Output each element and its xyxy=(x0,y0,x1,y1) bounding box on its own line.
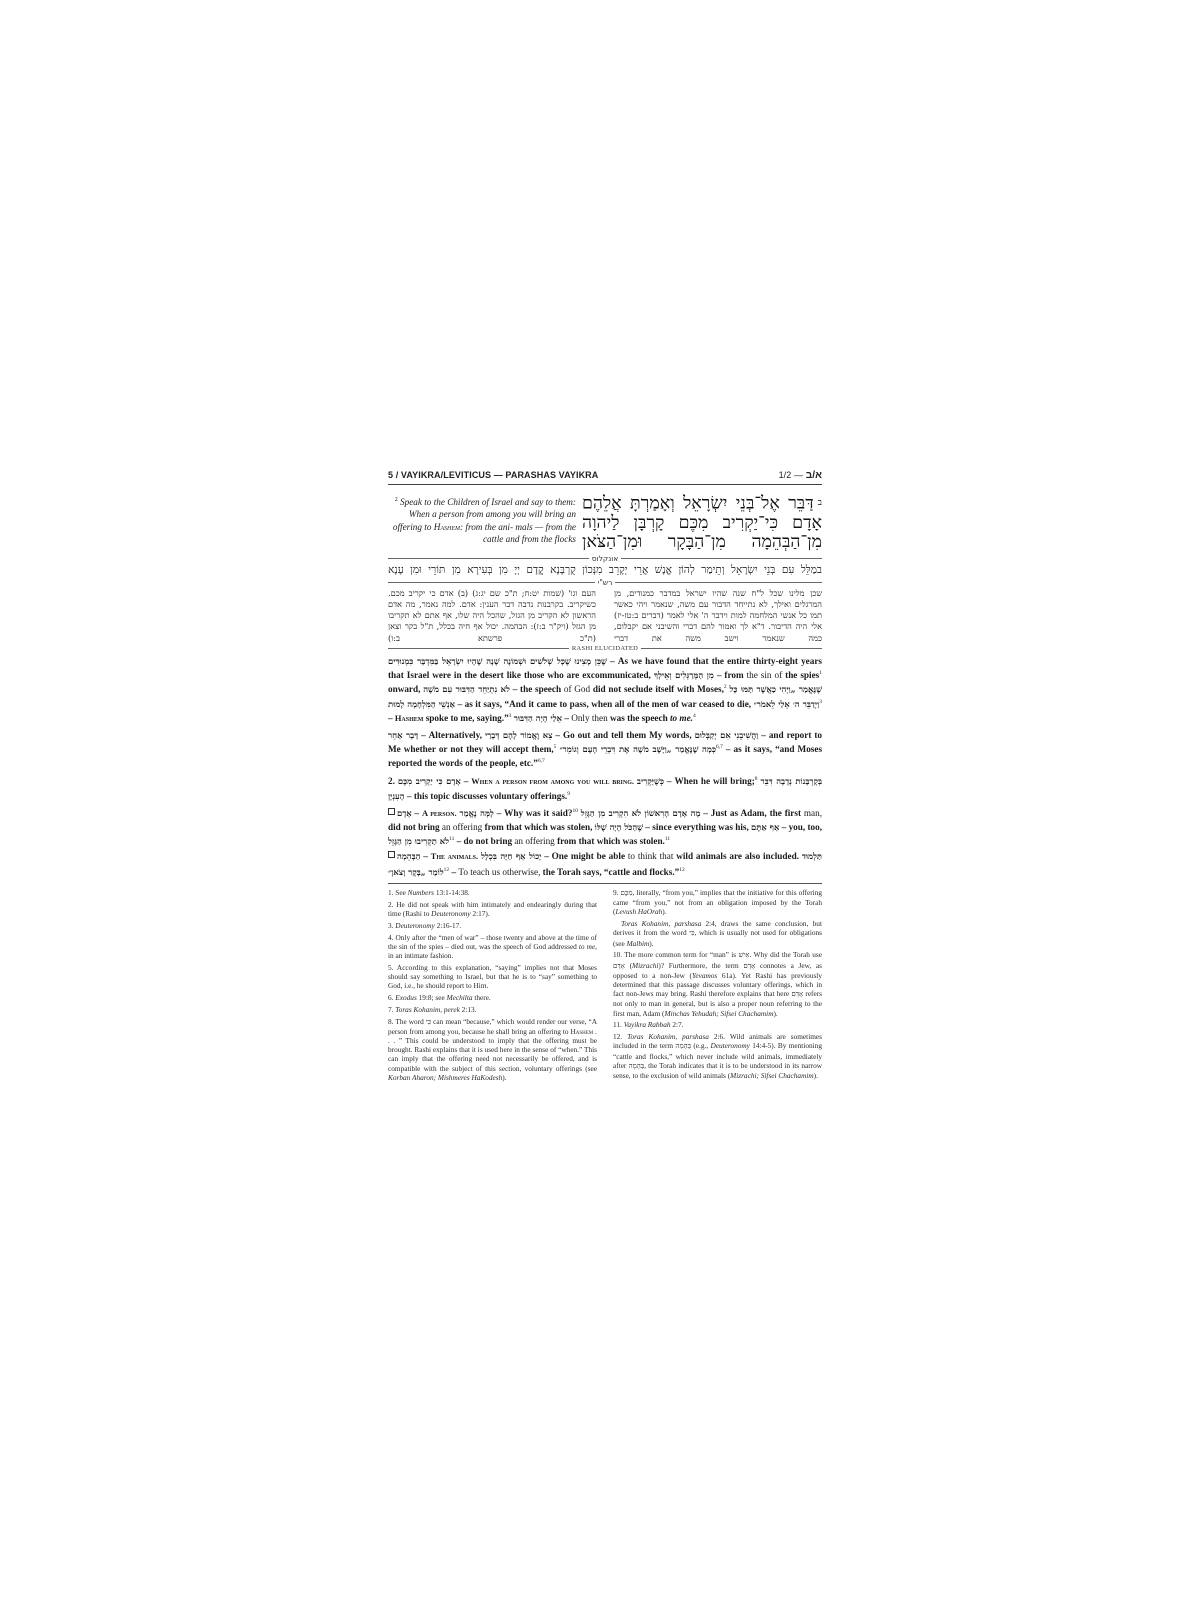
plain-text: ). xyxy=(773,1009,777,1018)
translation-divine-name: Hashem xyxy=(434,522,460,532)
bold-text: – since everything was his, xyxy=(643,822,751,832)
box-marker-icon xyxy=(388,808,395,815)
footnotes-left-column: 1. See Numbers 13:1-14:38.2. He did not … xyxy=(388,888,597,1085)
plain-text: ). xyxy=(814,1071,818,1080)
plain-text: to think that xyxy=(628,851,676,861)
italic-text: Yevamos xyxy=(692,971,717,980)
plain-text: 5. According to this explanation, “sayin… xyxy=(388,963,597,990)
plain-text: the sin of xyxy=(747,670,786,680)
plain-text: 4. Only after the “men of war” – those t… xyxy=(388,933,597,951)
plain-text: 2:17). xyxy=(471,909,490,918)
running-head-chapter-verse: 1/2 — א/ב xyxy=(779,470,822,481)
bold-text: – you, too, xyxy=(779,822,822,832)
book-page: 5 / VAYIKRA/LEVITICUS — PARASHAS VAYIKRA… xyxy=(388,470,822,1085)
footnote: 5. According to this explanation, “sayin… xyxy=(388,963,597,991)
verse-translation: 2 Speak to the Children of Israel and sa… xyxy=(388,494,576,553)
hebrew-phrase: לֹא תַקְרִיבוּ מִן הַגָּזֵל xyxy=(388,836,449,846)
footnotes-right-column: 9. מִכֶּם, literally, “from you,” implie… xyxy=(613,888,822,1085)
hebrew-phrase: לָמָּה נֶאֱמַר xyxy=(459,808,493,818)
footnote: 10. The more common term for “man” is אִ… xyxy=(613,950,822,1017)
bold-text: – xyxy=(449,867,458,877)
footnote: 9. מִכֶּם, literally, “from you,” implie… xyxy=(613,888,822,917)
italic-text: Toras Kohanim, perek xyxy=(395,1005,460,1014)
bold-text: did not bring xyxy=(388,822,442,832)
rashi-column-right: שכן מלינו שכל ל"ח שנה שהיו ישראל במדבר כ… xyxy=(614,588,822,644)
plain-text: 1. See xyxy=(388,888,408,897)
footnote-ref[interactable]: 1 xyxy=(819,670,822,676)
hebrew-phrase: מִן הַמְּרַגְּלִים וְאֵילָךְ xyxy=(654,670,714,680)
italic-text: Deuteronomy xyxy=(431,909,470,918)
onkelos-text: במַלֵּל עִם בְּנֵי יִשְׂרָאֵל וְתֵימַר ל… xyxy=(388,564,822,577)
rashi-divider: רש"י xyxy=(388,578,822,587)
bold-text: – Go out and tell them My words, xyxy=(552,730,694,740)
plain-text: 13:1-14:38. xyxy=(434,888,470,897)
bold-text: 2. xyxy=(388,776,398,786)
bold-text: – the speech xyxy=(510,684,564,694)
italic-text: Deuteronomy xyxy=(395,921,434,930)
plain-text: 11. xyxy=(613,1020,624,1029)
hebrew-verse-number: ב xyxy=(818,498,822,508)
hebrew-phrase: שֶׁהַכֹּל הָיָה שֶׁלּוֹ xyxy=(595,822,643,832)
chapter-verse-number: 1/2 — xyxy=(779,470,806,480)
hebrew-phrase: דָּבָר אַחֵר xyxy=(388,730,418,740)
elucidated-paragraph: שֶׁכֵּן מָצִינוּ שֶׁכָּל שְׁלֹשִׁים וּשְ… xyxy=(388,655,822,726)
elucidated-divider: RASHI ELUCIDATED xyxy=(388,645,822,652)
plain-text: )? Furthermore, the term xyxy=(658,961,743,970)
footnote: 1. See Numbers 13:1-14:38. xyxy=(388,888,597,897)
rashi-hebrew-commentary: שכן מלינו שכל ל"ח שנה שהיו ישראל במדבר כ… xyxy=(388,588,822,644)
elucidated-paragraph: 2. אָדָם כִּי יַקְרִיב מִכֶּם – When a p… xyxy=(388,773,822,803)
translation-line: : from the ani- xyxy=(460,522,513,532)
plain-text: (e.g., xyxy=(691,1041,710,1050)
bold-text: – Just as Adam, the first xyxy=(700,808,803,818)
hebrew-verse: בדַּבֵּר אֶל־בְּנֵי יִשְׂרָאֵל וְאָמַרְת… xyxy=(582,494,822,553)
hebrew-phrase: אָדָם כִּי יַקְרִיב מִכֶּם xyxy=(398,776,461,786)
hebrew-phrase: לֹא נִתְיַחֵד הַדִּבּוּר עִם מֹשֶׁה xyxy=(423,684,510,694)
hebrew-phrase: יָכוֹל אַף חַיָּה בִּכְלָל xyxy=(481,851,541,861)
chapter-verse-hebrew: א/ב xyxy=(806,470,822,481)
hebrew-verse-line: אָדָם כִּי־יַקְרִיב מִכֶּם קָרְבָּן לַיה… xyxy=(582,514,822,534)
hebrew-phrase: כְּשֶׁיַּקְרִיב xyxy=(637,776,664,786)
plain-text: an offering xyxy=(442,822,485,832)
hebrew-phrase: וַיְדַבֵּר ה׳ אֵלַי לֵאמֹר״ xyxy=(754,699,820,709)
bold-text: did not seclude itself with Moses, xyxy=(593,684,724,694)
box-marker-icon xyxy=(388,851,395,858)
footnote-ref[interactable]: 4 xyxy=(693,713,696,719)
running-head-title: 5 / VAYIKRA/LEVITICUS — PARASHAS VAYIKRA xyxy=(388,470,598,480)
plain-text: 10. The more common term for “man” is xyxy=(613,950,738,959)
footnotes-rule xyxy=(388,883,822,884)
footnote-ref[interactable]: 9 xyxy=(567,791,570,797)
italic-text: Korban Aharon; Mishmeres HaKodesh xyxy=(388,1073,502,1082)
rashi-elucidated: שֶׁכֵּן מָצִינוּ שֶׁכָּל שְׁלֹשִׁים וּשְ… xyxy=(388,655,822,878)
small-caps-text: The animals. xyxy=(431,852,478,861)
footnote: 7. Toras Kohanim, perek 2:13. xyxy=(388,1005,597,1014)
bold-text: – Alternatively, xyxy=(418,730,485,740)
hebrew-phrase: בְּהֵמָה xyxy=(629,1062,645,1070)
small-caps-text: Hashem xyxy=(570,1027,593,1036)
rashi-label: רש"י xyxy=(595,578,616,587)
plain-text: ). xyxy=(662,907,666,916)
plain-text: there. xyxy=(473,993,491,1002)
bold-text: was the speech xyxy=(610,713,670,723)
hebrew-phrase: כְּמָה שֶׁנֶּאֱמַר „וַיָּשֶׁב מֹשֶׁה אֶת… xyxy=(559,744,715,754)
bold-text: onward, xyxy=(388,684,423,694)
italic-text: Mizrachi xyxy=(632,961,658,970)
footnote: 12. Toras Kohanim, parshasa 2:6. Wild an… xyxy=(613,1032,822,1080)
footnote: 2. He did not speak with him intimately … xyxy=(388,900,597,918)
plain-text: 12. xyxy=(613,1032,627,1041)
bold-text: spoke to me, saying.” xyxy=(423,713,508,723)
italic-text: Malbim xyxy=(627,939,650,948)
italic-text: Vayikra Rabbah xyxy=(624,1020,671,1029)
plain-text: 19:8; see xyxy=(417,993,447,1002)
bold-text: – as it says, “And it came to pass, when… xyxy=(455,699,754,709)
hebrew-phrase: אַף אַתֶּם xyxy=(751,822,779,832)
plain-text: 2. He did not speak with him intimately … xyxy=(388,900,597,918)
plain-text: 2:7. xyxy=(671,1020,684,1029)
italic-text: to me. xyxy=(670,713,693,723)
italic-text: Minchas Yehudah; Sifsei Chachamim xyxy=(664,1009,773,1018)
hebrew-phrase: מִכֶּם xyxy=(621,889,633,897)
italic-text: to me xyxy=(579,942,595,951)
bold-text: – xyxy=(388,713,395,723)
bold-text: – When he will bring; xyxy=(664,776,755,786)
running-head: 5 / VAYIKRA/LEVITICUS — PARASHAS VAYIKRA… xyxy=(388,470,822,485)
bold-text: from that which was stolen. xyxy=(557,836,665,846)
hebrew-phrase: אָדָם xyxy=(397,808,412,818)
hebrew-phrase: אָדָם xyxy=(743,962,755,970)
elucidated-paragraph: אָדָם – A person. לָמָּה נֶאֱמַר – Why w… xyxy=(388,805,822,847)
hebrew-verse-text: דַּבֵּר אֶל־בְּנֵי יִשְׂרָאֵל וְאָמַרְתָ… xyxy=(582,493,814,513)
elucidated-label: RASHI ELUCIDATED xyxy=(569,645,641,652)
bold-text: wild animals are also included. xyxy=(676,851,802,861)
footnote-ref[interactable]: 3 xyxy=(819,699,822,705)
footnote-ref[interactable]: 12 xyxy=(679,867,685,873)
bold-text: – One might be able xyxy=(541,851,628,861)
hebrew-phrase: אֵלַי הָיָה הַדִּבּוּר xyxy=(514,713,562,723)
footnote: 11. Vayikra Rabbah 2:7. xyxy=(613,1020,822,1029)
bold-text: – do not bring xyxy=(454,836,514,846)
italic-text: Toras Kohanim, parshasa xyxy=(627,1032,709,1041)
rashi-column-left: העם וגו' (שמות יט:ח; ת"כ שם יג:ג) (ב) אד… xyxy=(388,588,596,644)
footnote: 4. Only after the “men of war” – those t… xyxy=(388,933,597,961)
hebrew-phrase: מָה אָדָם הָרִאשׁוֹן לֹא הִקְרִיב מִן הַ… xyxy=(581,808,701,818)
bold-text: – xyxy=(461,776,472,786)
plain-text: of God xyxy=(564,684,593,694)
italic-text: Mizrachi; Sifsei Chachamim xyxy=(730,1071,814,1080)
footnotes: 1. See Numbers 13:1-14:38.2. He did not … xyxy=(388,888,822,1085)
plain-text: 2:16-17. xyxy=(435,921,461,930)
plain-text: ). xyxy=(502,1073,506,1082)
onkelos-divider: אונקלוס xyxy=(388,554,822,563)
plain-text: Only then xyxy=(571,713,610,723)
verse-block: 2 Speak to the Children of Israel and sa… xyxy=(388,494,822,553)
footnote-ref[interactable]: 6,7 xyxy=(538,758,545,764)
small-caps-text: Hashem xyxy=(395,714,424,723)
bold-text: – xyxy=(420,851,430,861)
bold-text: from that which was stolen, xyxy=(485,822,595,832)
bold-text: – xyxy=(562,713,571,723)
small-caps-text: A person. xyxy=(422,809,457,818)
plain-text: man, xyxy=(804,808,822,818)
hebrew-phrase: צֵא וֶאֱמוֹר לָהֶם דְּבָרַי xyxy=(485,730,553,740)
elucidated-paragraph: הַבְּהֵמָה – The animals. יָכוֹל אַף חַי… xyxy=(388,850,822,878)
hebrew-phrase: הַבְּהֵמָה xyxy=(397,851,420,861)
plain-text: ( xyxy=(625,961,632,970)
hebrew-verse-line: בדַּבֵּר אֶל־בְּנֵי יִשְׂרָאֵל וְאָמַרְת… xyxy=(582,494,822,514)
small-caps-text: When a person from among you will bring. xyxy=(471,777,634,786)
footnote: 8. The word כִּי can mean “because,” whi… xyxy=(388,1017,597,1082)
hebrew-phrase: וַהֲשִׁיבֵנִי אִם יְקַבְּלוּם xyxy=(695,730,759,740)
hebrew-phrase: בְּהֵמָה xyxy=(675,1042,691,1050)
translation-verse-number: 2 xyxy=(395,497,398,503)
italic-text: Toras Kohanim, parshasa xyxy=(621,919,701,928)
bold-text: – from xyxy=(714,670,747,680)
italic-text: Mechilta xyxy=(447,993,473,1002)
hebrew-phrase: אָדָם xyxy=(613,962,625,970)
bold-text: the Torah says, “cattle and flocks.” xyxy=(543,867,680,877)
plain-text: ). xyxy=(649,939,653,948)
plain-text: To teach us otherwise, xyxy=(458,867,542,877)
elucidated-paragraph: דָּבָר אַחֵר – Alternatively, צֵא וֶאֱמו… xyxy=(388,729,822,770)
bold-text: – this topic discusses voluntary offerin… xyxy=(405,791,568,801)
plain-text: 2:13. xyxy=(460,1005,477,1014)
plain-text: an offering xyxy=(514,836,557,846)
bold-text: the spies xyxy=(785,670,819,680)
hebrew-phrase: אִישׁ xyxy=(738,951,749,959)
bold-text: – xyxy=(412,808,422,818)
footnote: Toras Kohanim, parshasa 2:4, draws the s… xyxy=(613,919,822,948)
plain-text: . Why did the Torah use xyxy=(749,950,822,959)
translation-line: Speak to the Children of Israel and say … xyxy=(400,497,553,507)
italic-text: Exodus xyxy=(395,993,416,1002)
bold-text: – Why was it said? xyxy=(494,808,573,818)
footnote: 6. Exodus 19:8; see Mechilta there. xyxy=(388,993,597,1002)
italic-text: Levush HaOrah xyxy=(615,907,662,916)
italic-text: Numbers xyxy=(408,888,434,897)
onkelos-label: אונקלוס xyxy=(589,554,622,563)
footnote-ref[interactable]: 6,7 xyxy=(716,744,723,750)
plain-text: 9. xyxy=(613,888,621,897)
footnote: 3. Deuteronomy 2:16-17. xyxy=(388,921,597,930)
hebrew-verse-line: מִן־הַבְּהֵמָה מִן־הַבָּקָר וּמִן־הַצֹּא… xyxy=(582,533,822,553)
hebrew-phrase: שֶׁכֵּן מָצִינוּ שֶׁכָּל שְׁלֹשִׁים וּשְ… xyxy=(388,656,607,666)
italic-text: Deuteronomy xyxy=(710,1041,749,1050)
footnote-ref[interactable]: 11 xyxy=(665,836,670,842)
plain-text: 8. The word xyxy=(388,1017,426,1026)
hebrew-phrase: אָדָם xyxy=(791,990,803,998)
